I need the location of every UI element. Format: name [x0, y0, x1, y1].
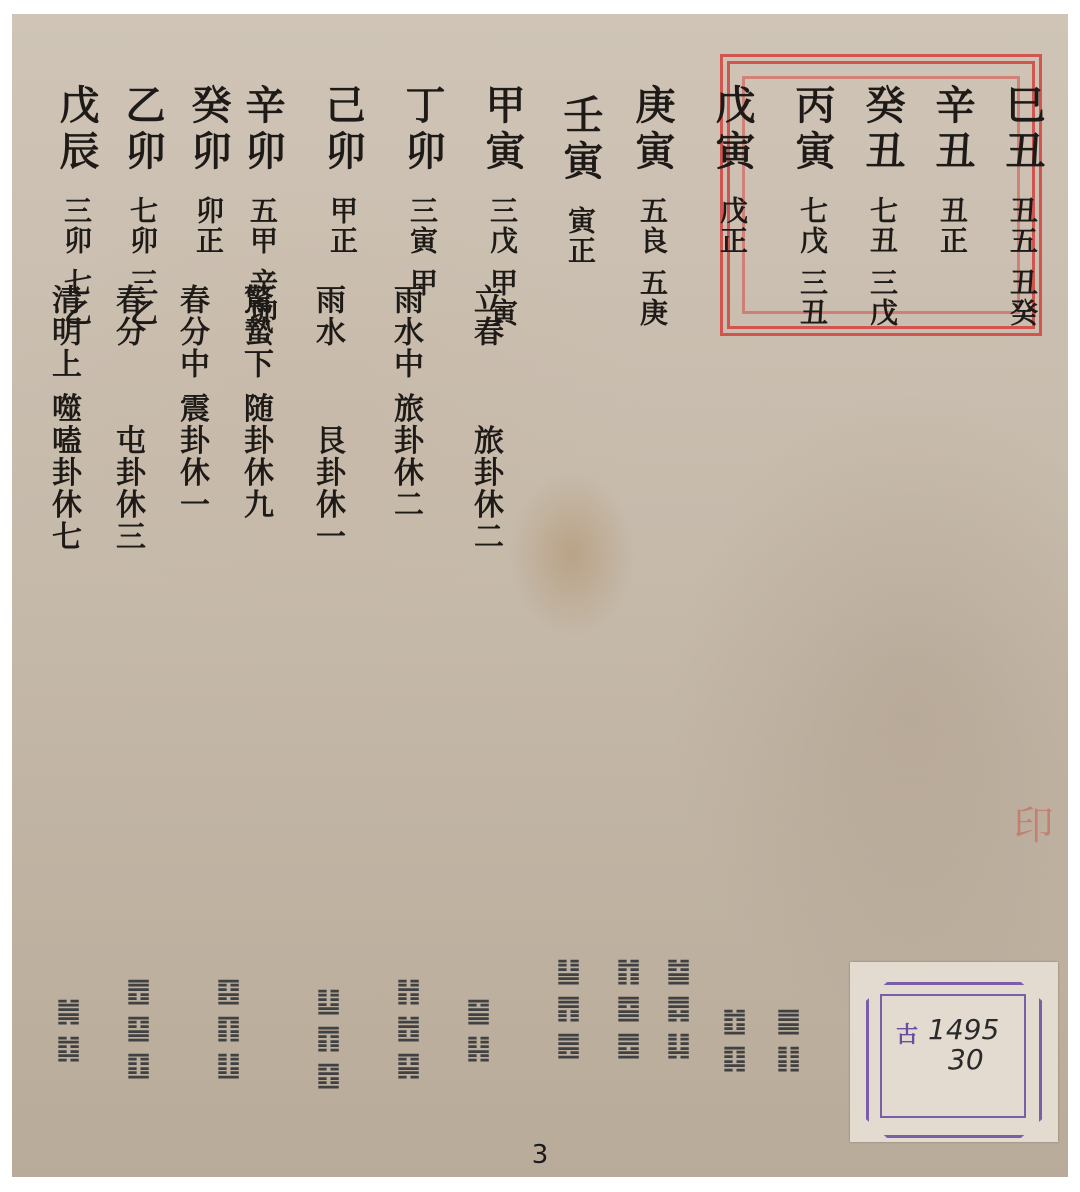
- stem-text: 癸丑: [859, 84, 906, 176]
- bottom-script-column: ䷛䷜: [52, 994, 85, 1068]
- stem-column-2: 辛丑 丑正: [932, 84, 972, 256]
- catalog-number-line-2: 30: [948, 1046, 984, 1074]
- stem-column-5: 戊寅 戊正: [712, 84, 752, 256]
- faint-red-seal-mark: 印: [1002, 804, 1059, 844]
- bottom-script-column: ䷍䷎: [462, 994, 495, 1068]
- hexagram-note: 屯卦休三: [110, 424, 145, 552]
- solar-term: 春分中: [174, 284, 209, 380]
- stem-column-12: 癸卯 卯正: [188, 84, 228, 256]
- stem-text: 巳丑: [999, 84, 1046, 176]
- stem-column-3: 癸丑 七丑 三戊: [862, 84, 902, 328]
- solar-term: 立春: [468, 284, 503, 348]
- hexagram-note: 噬嗑卦休七: [46, 392, 81, 552]
- solar-term: 春分: [110, 284, 145, 348]
- bottom-script-column: ䷇䷈䷉: [612, 954, 645, 1065]
- stem-column-4: 丙寅 七戊 三丑: [792, 84, 832, 328]
- stem-column-7: 壬寅 寅正: [560, 94, 600, 266]
- stem-column-6: 庚寅 五良 五庚: [632, 84, 672, 328]
- bottom-script-column: ䷏䷐䷑: [392, 974, 425, 1085]
- solar-term-column-5: 春分中 震卦休一: [176, 284, 206, 520]
- page-number: 3: [0, 1140, 1080, 1170]
- stem-note: 丑五 丑癸: [1006, 196, 1039, 328]
- stem-text: 戊寅: [709, 84, 756, 176]
- hexagram-note: 震卦休一: [174, 392, 209, 520]
- stem-note: 七丑 三戊: [866, 196, 899, 328]
- stem-note: 三寅 甲: [406, 196, 439, 298]
- stem-text: 戊辰: [53, 84, 100, 176]
- manuscript-page: 巳丑 丑五 丑癸 辛丑 丑正 癸丑 七丑 三戊 丙寅 七戊 三丑 戊寅 戊正 庚…: [12, 14, 1068, 1177]
- stem-text: 辛丑: [929, 84, 976, 176]
- bottom-script-column: ䷕䷖䷗: [212, 974, 245, 1085]
- stem-text: 己卯: [319, 84, 366, 176]
- stem-text: 庚寅: [629, 84, 676, 176]
- stem-note: 五良 五庚: [636, 196, 669, 328]
- stem-column-1: 巳丑 丑五 丑癸: [1002, 84, 1042, 328]
- stem-column-9: 丁卯 三寅 甲: [402, 84, 442, 298]
- solar-term-column-2: 雨水中 旅卦休二: [390, 284, 420, 520]
- solar-term: 驚蟄下: [238, 284, 273, 380]
- stem-text: 辛卯: [239, 84, 286, 176]
- bottom-script-column: ䷒䷓䷔: [312, 984, 345, 1095]
- stem-note: 甲正: [326, 196, 359, 256]
- stem-text: 丁卯: [399, 84, 446, 176]
- solar-term-column-7: 清明上 噬嗑卦休七: [48, 284, 78, 552]
- solar-term-column-6: 春分 屯卦休三: [112, 284, 142, 552]
- solar-term: 雨水: [310, 284, 345, 348]
- stem-column-10: 己卯 甲正: [322, 84, 362, 256]
- bottom-script-column: ䷀䷁: [772, 1004, 805, 1078]
- stamp-character: 古: [896, 1018, 918, 1049]
- hexagram-note: 旅卦休二: [388, 392, 423, 520]
- hexagram-note: 随卦休九: [238, 392, 273, 520]
- stem-text: 乙卯: [119, 84, 166, 176]
- solar-term: 清明上: [46, 284, 81, 380]
- stem-text: 甲寅: [479, 84, 526, 176]
- stem-note: 戊正: [716, 196, 749, 256]
- stem-note: 卯正: [192, 196, 225, 256]
- stem-note: 丑正: [936, 196, 969, 256]
- hexagram-note: 旅卦休二: [468, 424, 503, 552]
- bottom-script-column: ䷘䷙䷚: [122, 974, 155, 1085]
- solar-term-column-3: 雨水 艮卦休一: [312, 284, 342, 552]
- bottom-script-column: ䷊䷋䷌: [552, 954, 585, 1065]
- stem-text: 癸卯: [185, 84, 232, 176]
- bottom-script-column: ䷄䷅䷆: [662, 954, 695, 1065]
- bottom-script-column: ䷂䷃: [718, 1004, 751, 1078]
- solar-term: 雨水中: [388, 284, 423, 380]
- stem-text: 丙寅: [789, 84, 836, 176]
- stem-text: 壬寅: [557, 94, 604, 186]
- catalog-number-line-1: 1495: [928, 1016, 999, 1044]
- hexagram-note: 艮卦休一: [310, 424, 345, 552]
- library-catalog-label: 古 1495 30: [850, 962, 1058, 1142]
- stem-note: 寅正: [564, 206, 597, 266]
- solar-term-column-4: 驚蟄下 随卦休九: [240, 284, 270, 520]
- solar-term-column-1: 立春 旅卦休二: [470, 284, 500, 552]
- stem-note: 七戊 三丑: [796, 196, 829, 328]
